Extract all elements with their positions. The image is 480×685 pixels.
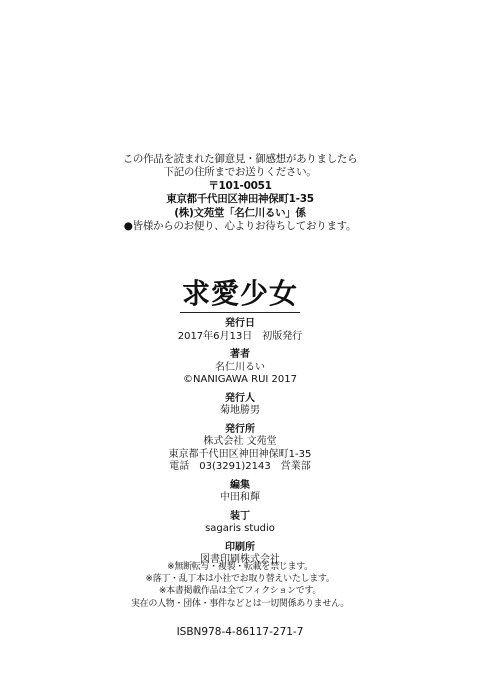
credit-editor: 編集 中田和輝 [0,480,480,505]
contact-recipient: (株)文苑堂「名仁川るい」係 [0,207,480,220]
credit-design: 装丁 sagaris studio [0,511,480,536]
copyright-line: ©NANIGAWA RUI 2017 [0,374,480,387]
notice-line: ※無断転写・複製・転載を禁じます。 [0,561,480,573]
credit-label: 発行日 [0,318,480,331]
credit-label: 印刷所 [0,542,480,555]
credit-value: sagaris studio [0,523,480,536]
contact-address: 東京都千代田区神田神保町1-35 [0,193,480,206]
credit-author: 著者 名仁川るい ©NANIGAWA RUI 2017 [0,349,480,387]
book-title: 求愛少女 [0,278,480,310]
credit-value: 中田和輝 [0,492,480,505]
credit-value: 菊地勝男 [0,405,480,418]
reader-contact-block: この作品を読まれた御意見・御感想がありましたら 下記の住所までお送りください。 … [0,153,480,233]
publisher-phone: 電話 03(3291)2143 営業部 [0,461,480,474]
contact-invite-line: 下記の住所までお送りください。 [0,166,480,179]
credit-publisher-person: 発行人 菊地勝男 [0,393,480,418]
legal-notices: ※無断転写・複製・転載を禁じます。 ※落丁・乱丁本は小社でお取り替えいたします。… [0,561,480,610]
notice-line: ※本書掲載作品は全てフィクションです。 [0,585,480,597]
credit-value: 名仁川るい [0,362,480,375]
notice-line: ※落丁・乱丁本は小社でお取り替えいたします。 [0,573,480,585]
credit-value: 2017年6月13日 初版発行 [0,331,480,344]
postal-code: 〒101-0051 [0,180,480,193]
credit-label: 発行人 [0,393,480,406]
isbn-number: ISBN978-4-86117-271-7 [0,626,480,639]
credit-publishing-house: 発行所 株式会社 文苑堂 東京都千代田区神田神保町1-35 電話 03(3291… [0,424,480,474]
notice-line: 実在の人物・団体・事件などとは一切関係ありません。 [0,598,480,610]
credit-value: 株式会社 文苑堂 [0,436,480,449]
contact-invite-line: この作品を読まれた御意見・御感想がありましたら [0,153,480,166]
credit-label: 発行所 [0,424,480,437]
credit-label: 編集 [0,480,480,493]
colophon-credits: 発行日 2017年6月13日 初版発行 著者 名仁川るい ©NANIGAWA R… [0,318,480,573]
title-underline-divider [180,312,300,313]
publisher-address: 東京都千代田区神田神保町1-35 [0,449,480,462]
contact-closing-line: ●皆様からのお便り、心よりお待ちしております。 [0,220,480,233]
credit-label: 装丁 [0,511,480,524]
credit-publication-date: 発行日 2017年6月13日 初版発行 [0,318,480,343]
credit-label: 著者 [0,349,480,362]
